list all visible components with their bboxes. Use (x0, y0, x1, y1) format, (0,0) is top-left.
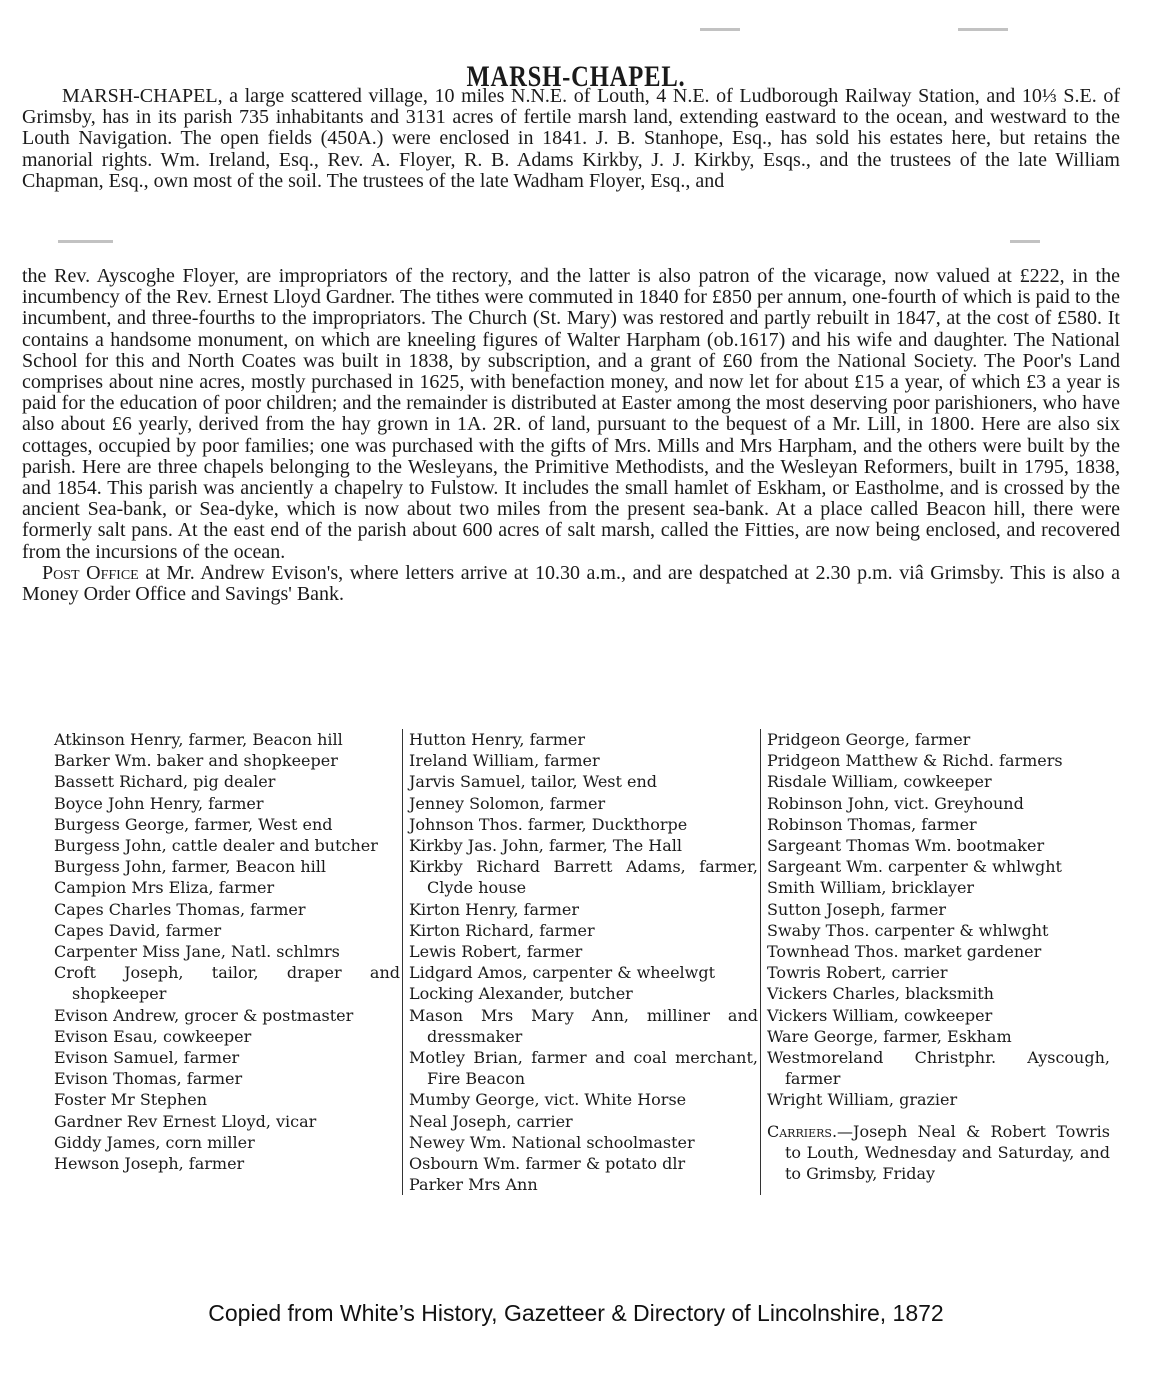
directory-entry: Kirkby Jas. John, farmer, The Hall (409, 835, 758, 856)
directory-entry: Evison Esau, cowkeeper (54, 1026, 400, 1047)
directory-entry: Osbourn Wm. farmer & potato dlr (409, 1153, 758, 1174)
directory-entry: Kirton Henry, farmer (409, 899, 758, 920)
directory-entry: Bassett Richard, pig dealer (54, 771, 400, 792)
directory-entry: Evison Thomas, farmer (54, 1068, 400, 1089)
directory-entry: Locking Alexander, butcher (409, 983, 758, 1004)
directory-entry: Foster Mr Stephen (54, 1089, 400, 1110)
directory-entry: Campion Mrs Eliza, farmer (54, 877, 400, 898)
directory-entry: Ireland William, farmer (409, 750, 758, 771)
post-office-paragraph: Post Office at Mr. Andrew Evison's, wher… (22, 563, 1120, 605)
scan-artifact (958, 28, 1008, 31)
directory-entry: Vickers William, cowkeeper (767, 1005, 1110, 1026)
directory-entry: Sutton Joseph, farmer (767, 899, 1110, 920)
directory-entry: Barker Wm. baker and shopkeeper (54, 750, 400, 771)
residents-directory: Atkinson Henry, farmer, Beacon hillBarke… (48, 729, 1112, 1195)
directory-entry: Capes David, farmer (54, 920, 400, 941)
directory-entry: Westmoreland Christphr. Ayscough, farmer (767, 1047, 1110, 1089)
directory-column-2: Hutton Henry, farmerIreland William, far… (402, 729, 760, 1195)
directory-entry: Robinson Thomas, farmer (767, 814, 1110, 835)
directory-entry: Swaby Thos. carpenter & whlwght (767, 920, 1110, 941)
directory-entry: Carpenter Miss Jane, Natl. schlmrs (54, 941, 400, 962)
directory-entry: Hutton Henry, farmer (409, 729, 758, 750)
intro-text: MARSH-CHAPEL, a large scattered village,… (22, 86, 1120, 192)
directory-entry: Giddy James, corn miller (54, 1132, 400, 1153)
directory-entry: Parker Mrs Ann (409, 1174, 758, 1195)
directory-entry: Townhead Thos. market gardener (767, 941, 1110, 962)
directory-entry: Kirkby Richard Barrett Adams, farmer, Cl… (409, 856, 758, 898)
directory-entry: Smith William, bricklayer (767, 877, 1110, 898)
directory-entry: Mumby George, vict. White Horse (409, 1089, 758, 1110)
directory-entry: Ware George, farmer, Eskham (767, 1026, 1110, 1047)
continued-text: the Rev. Ayscoghe Floyer, are impropriat… (22, 266, 1120, 563)
post-office-label: Post Office (42, 562, 139, 584)
source-caption: Copied from White’s History, Gazetteer &… (0, 1300, 1152, 1327)
directory-entry: Jenney Solomon, farmer (409, 793, 758, 814)
intro-paragraph: MARSH-CHAPEL, a large scattered village,… (22, 86, 1120, 192)
directory-entry: Lewis Robert, farmer (409, 941, 758, 962)
directory-entry: Gardner Rev Ernest Lloyd, vicar (54, 1111, 400, 1132)
carriers-note: Carriers.—Joseph Neal & Robert Towris to… (767, 1121, 1110, 1185)
directory-entry: Atkinson Henry, farmer, Beacon hill (54, 729, 400, 750)
directory-entry: Risdale William, cowkeeper (767, 771, 1110, 792)
directory-entry: Mason Mrs Mary Ann, milliner and dressma… (409, 1005, 758, 1047)
directory-entry: Robinson John, vict. Greyhound (767, 793, 1110, 814)
continued-paragraph: the Rev. Ayscoghe Floyer, are impropriat… (22, 266, 1120, 605)
directory-entry: Johnson Thos. farmer, Duckthorpe (409, 814, 758, 835)
directory-entry: Newey Wm. National schoolmaster (409, 1132, 758, 1153)
directory-entry: Sargeant Wm. carpenter & whlwght (767, 856, 1110, 877)
scan-artifact (58, 240, 113, 243)
directory-entry: Burgess John, cattle dealer and butcher (54, 835, 400, 856)
directory-entry: Neal Joseph, carrier (409, 1111, 758, 1132)
directory-entry: Sargeant Thomas Wm. bootmaker (767, 835, 1110, 856)
directory-entry: Motley Brian, farmer and coal merchant, … (409, 1047, 758, 1089)
directory-column-3: Pridgeon George, farmerPridgeon Matthew … (760, 729, 1112, 1195)
directory-entry: Hewson Joseph, farmer (54, 1153, 400, 1174)
directory-entry: Burgess John, farmer, Beacon hill (54, 856, 400, 877)
directory-entry: Lidgard Amos, carpenter & wheelwgt (409, 962, 758, 983)
scan-artifact (700, 28, 740, 31)
directory-entry: Jarvis Samuel, tailor, West end (409, 771, 758, 792)
directory-entry: Kirton Richard, farmer (409, 920, 758, 941)
directory-entry: Vickers Charles, blacksmith (767, 983, 1110, 1004)
directory-entry: Evison Andrew, grocer & postmaster (54, 1005, 400, 1026)
directory-entry: Boyce John Henry, farmer (54, 793, 400, 814)
directory-column-1: Atkinson Henry, farmer, Beacon hillBarke… (48, 729, 402, 1195)
directory-entry: Croft Joseph, tailor, draper and shopkee… (54, 962, 400, 1004)
directory-entry: Wright William, grazier (767, 1089, 1110, 1110)
directory-entry: Towris Robert, carrier (767, 962, 1110, 983)
carriers-label: Carriers. (767, 1122, 837, 1141)
directory-entry: Pridgeon George, farmer (767, 729, 1110, 750)
directory-entry: Pridgeon Matthew & Richd. farmers (767, 750, 1110, 771)
directory-entry: Evison Samuel, farmer (54, 1047, 400, 1068)
directory-entry: Capes Charles Thomas, farmer (54, 899, 400, 920)
scan-artifact (1010, 240, 1040, 243)
directory-entry: Burgess George, farmer, West end (54, 814, 400, 835)
post-office-text: at Mr. Andrew Evison's, where letters ar… (22, 562, 1120, 605)
